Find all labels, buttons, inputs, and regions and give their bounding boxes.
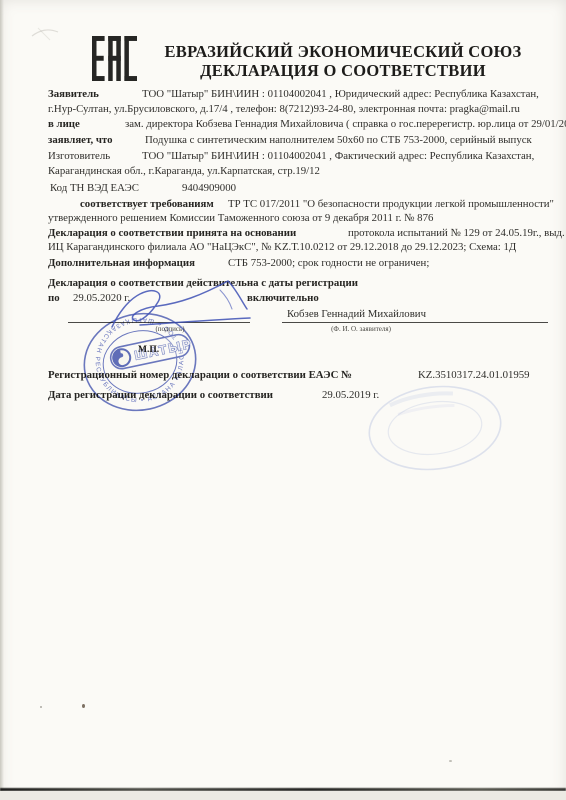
in-person-value: зам. директора Кобзева Геннадия Михайлов… [125, 118, 566, 130]
header-titles: ЕВРАЗИЙСКИЙ ЭКОНОМИЧЕСКИЙ СОЮЗ ДЕКЛАРАЦИ… [150, 42, 536, 80]
handwritten-signature [100, 276, 260, 338]
scan-edge-left [0, 0, 4, 800]
faint-stamp-impression [345, 378, 530, 488]
scan-edge-bottom-pad [0, 791, 566, 800]
fio-line [282, 322, 548, 323]
additional-label: Дополнительная информация [48, 257, 195, 269]
scan-smudge [28, 22, 78, 46]
manufacturer-label: Изготовитель [48, 150, 110, 162]
additional-value: СТБ 753-2000; срок годности не ограничен… [228, 257, 429, 269]
applicant-label: Заявитель [48, 88, 99, 100]
dust-speck [40, 706, 42, 708]
tnved-label: Код ТН ВЭД ЕАЭС [50, 182, 139, 194]
tnved-value: 9404909000 [182, 182, 236, 194]
requirements-line2: утвержденного решением Комиссии Таможенн… [48, 212, 433, 224]
manufacturer-line2: Карагандинская обл., г.Караганда, ул.Кар… [48, 165, 320, 177]
mp-mark: М.П. [138, 345, 159, 355]
doc-title: ДЕКЛАРАЦИЯ О СООТВЕТСТВИИ [150, 61, 536, 80]
eac-mark-icon [92, 36, 137, 81]
applicant-line2: г.Нур-Султан, ул.Брусиловского, д.17/4 ,… [48, 103, 520, 115]
basis-value: протокола испытаний № 129 от 24.05.19г.,… [348, 227, 565, 239]
dust-speck [449, 760, 452, 762]
applicant-fio: Кобзев Геннадий Михайлович [287, 308, 426, 320]
in-person-label: в лице [48, 118, 80, 130]
requirements-label: соответствует требованиям [80, 198, 214, 210]
validity-from-word: по [48, 292, 60, 304]
manufacturer-line1: ТОО "Шатыр" БИН\ИИН : 01104002041 , Факт… [142, 150, 534, 162]
declares-label: заявляет, что [48, 134, 113, 146]
declares-value: Подушка с синтетическим наполнителем 50х… [145, 134, 532, 146]
basis-line2: ИЦ Карагандинского филиала АО "НаЦЭкС", … [48, 241, 516, 253]
requirements-value: ТР ТС 017/2011 "О безопасности продукции… [228, 198, 554, 210]
fio-caption: (Ф. И. О. заявителя) [285, 325, 437, 333]
declaration-document: ЕВРАЗИЙСКИЙ ЭКОНОМИЧЕСКИЙ СОЮЗ ДЕКЛАРАЦИ… [0, 0, 566, 800]
applicant-line1: ТОО "Шатыр" БИН\ИИН : 01104002041 , Юрид… [142, 88, 539, 100]
union-title: ЕВРАЗИЙСКИЙ ЭКОНОМИЧЕСКИЙ СОЮЗ [150, 42, 536, 61]
basis-label: Декларация о соответствии принята на осн… [48, 227, 296, 239]
dust-speck [82, 704, 85, 708]
